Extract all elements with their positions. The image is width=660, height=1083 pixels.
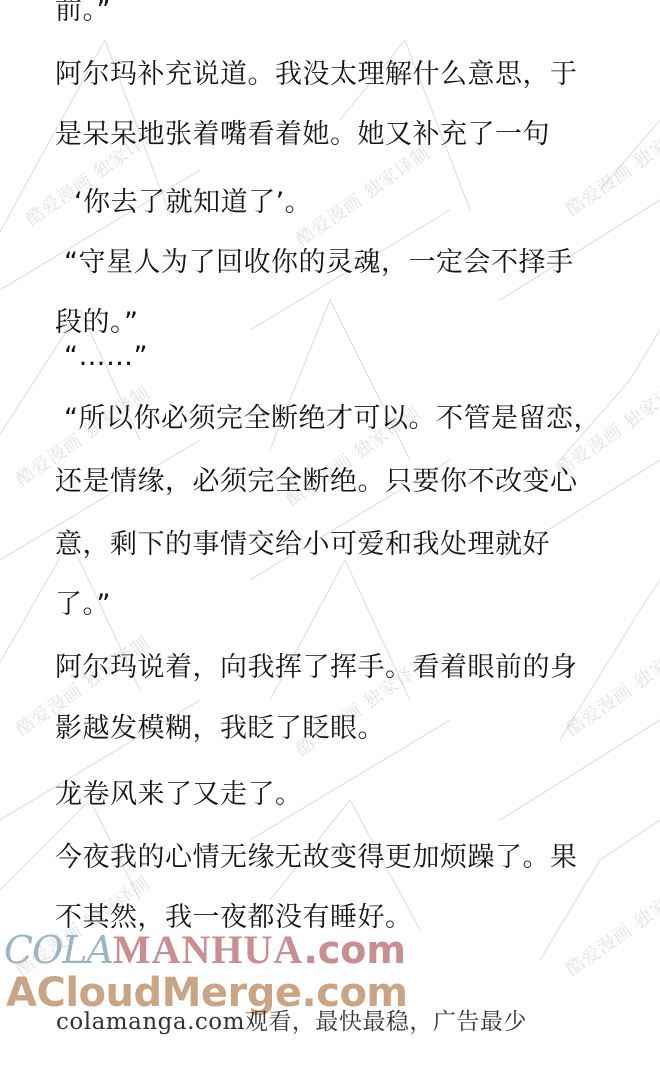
logo-part-dotcom: .com [303,928,406,972]
text-line: 是呆呆地张着嘴看着她。她又补充了一句 [55,120,550,150]
text-line: 影越发模糊，我眨了眨眼。 [55,714,385,744]
text-line: 意，剩下的事情交给小可爱和我处理就好 [55,530,550,560]
text-line: 了。” [55,590,111,620]
footer-ad-note: colamanga.com观看，最快最稳，广告最少 [56,1003,527,1036]
colamanhua-watermark-logo: COLAMANHUA.com [4,926,406,973]
logo-part-manhua: MANHUA [113,927,303,972]
watermark-text: 酷爱漫画 独家译制 [560,629,660,741]
watermark-text: 酷爱漫画 独家译制 [560,109,660,221]
text-line: 龙卷风来了又走了。 [55,780,303,810]
text-line: 今夜我的心情无缘无故变得更加烦躁了。果 [55,843,578,873]
text-line: ‘你去了就知道了’。 [74,188,312,218]
text-line: 阿尔玛说着，向我挥了挥手。看着眼前的身 [55,653,578,683]
text-line: “……” [64,342,148,372]
text-line: 还是情缘，必须完全断绝。只要你不改变心 [55,467,578,497]
text-line: 阿尔玛补充说道。我没太理解什么意思，于 [55,60,578,90]
logo-part-cola: COLA [4,928,113,972]
text-line: 前。” [55,0,111,26]
watermark-text: 酷爱漫画 独家译制 [560,869,660,981]
text-line: “守星人为了回收你的灵魂，一定会不择手 [64,248,574,278]
text-line: 段的。” [55,308,139,338]
text-line: “所以你必须完全断绝才可以。不管是留恋， [64,404,601,434]
